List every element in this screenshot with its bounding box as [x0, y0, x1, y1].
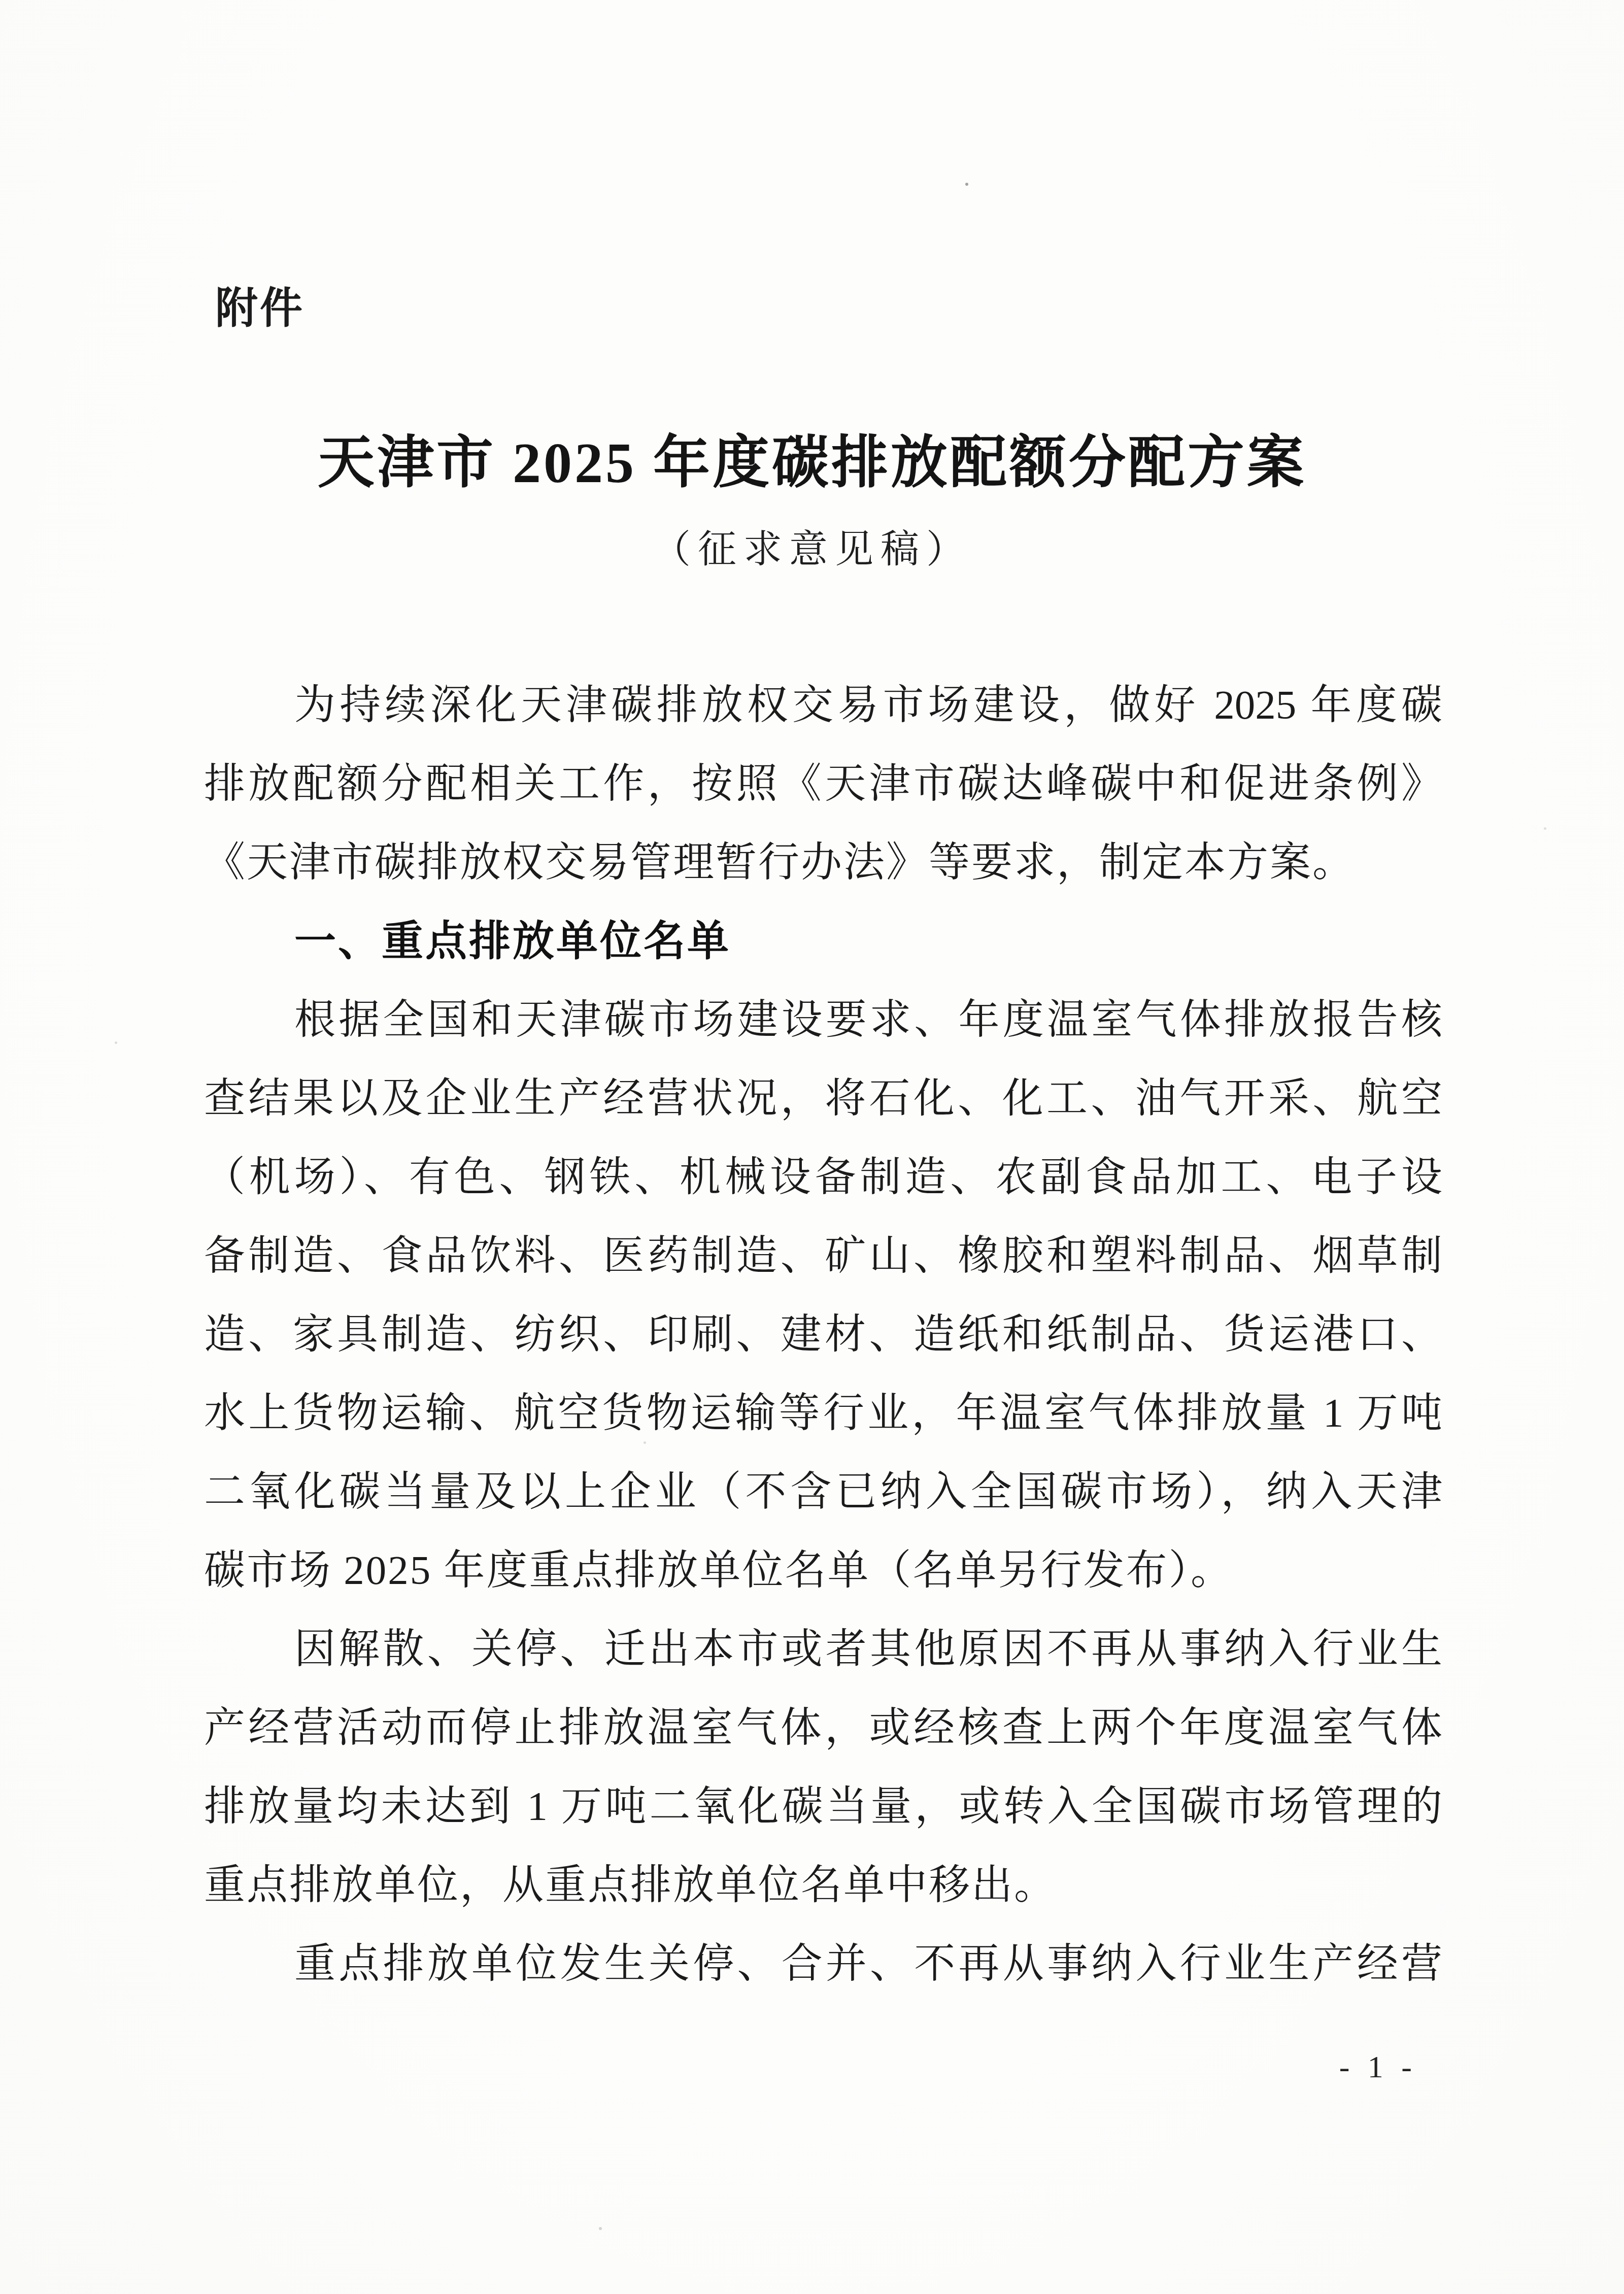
- text-line: 备制造、食品饮料、医药制造、矿山、橡胶和塑料制品、烟草制: [204, 1217, 1442, 1295]
- attachment-label: 附件: [215, 274, 304, 335]
- text-line: 二氧化碳当量及以上企业（不含已纳入全国碳市场），纳入天津: [204, 1453, 1442, 1531]
- text-line: 为持续深化天津碳排放权交易市场建设，做好 2025 年度碳: [204, 666, 1442, 745]
- text-line: 碳市场 2025 年度重点排放单位名单（名单另行发布）。: [204, 1531, 1442, 1610]
- scan-speck: [115, 1041, 117, 1044]
- scan-speck: [965, 183, 968, 186]
- text-line: 水上货物运输、航空货物运输等行业，年温室气体排放量 1 万吨: [204, 1374, 1442, 1453]
- text-line: 重点排放单位发生关停、合并、不再从事纳入行业生产经营: [204, 1925, 1442, 2003]
- section-heading: 一、重点排放单位名单: [204, 902, 1442, 981]
- text-line: 产经营活动而停止排放温室气体，或经核查上两个年度温室气体: [204, 1689, 1442, 1767]
- scan-speck: [644, 1441, 646, 1444]
- text-line: 因解散、关停、迁出本市或者其他原因不再从事纳入行业生: [204, 1610, 1442, 1689]
- page-number: - 1 -: [1339, 2049, 1417, 2085]
- document-page: 附件 天津市 2025 年度碳排放配额分配方案 （征求意见稿） 为持续深化天津碳…: [0, 0, 1624, 2294]
- text-line: 排放量均未达到 1 万吨二氧化碳当量，或转入全国碳市场管理的: [204, 1767, 1442, 1846]
- text-line: 根据全国和天津碳市场建设要求、年度温室气体排放报告核: [204, 981, 1442, 1059]
- document-body: 为持续深化天津碳排放权交易市场建设，做好 2025 年度碳 排放配额分配相关工作…: [204, 666, 1442, 2003]
- document-subtitle: （征求意见稿）: [0, 522, 1624, 578]
- scan-speck: [599, 2227, 602, 2230]
- text-line: （机场）、有色、钢铁、机械设备制造、农副食品加工、电子设: [204, 1138, 1442, 1217]
- text-line: 查结果以及企业生产经营状况，将石化、化工、油气开采、航空: [204, 1059, 1442, 1138]
- text-line: 重点排放单位，从重点排放单位名单中移出。: [204, 1846, 1442, 1925]
- text-line: 排放配额分配相关工作，按照《天津市碳达峰碳中和促进条例》: [204, 745, 1442, 823]
- document-title: 天津市 2025 年度碳排放配额分配方案: [0, 420, 1624, 507]
- scan-speck: [1544, 827, 1546, 830]
- text-line: 《天津市碳排放权交易管理暂行办法》等要求，制定本方案。: [204, 823, 1442, 902]
- text-line: 造、家具制造、纺织、印刷、建材、造纸和纸制品、货运港口、: [204, 1295, 1442, 1374]
